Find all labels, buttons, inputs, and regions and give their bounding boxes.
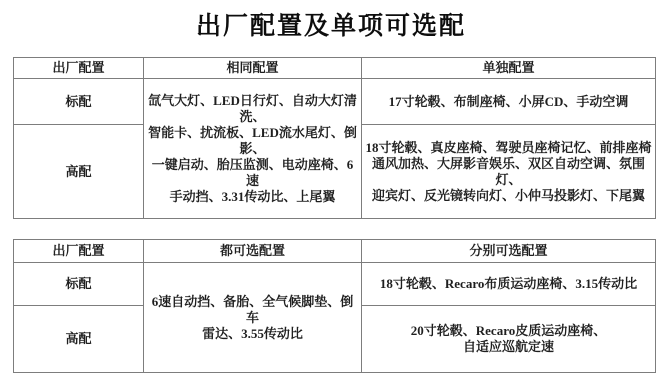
table2-standard-individual-cell: 18寸轮毂、Recaro布质运动座椅、3.15传动比 [362,263,656,306]
table2-standard-level-label: 标配 [14,263,144,306]
table1-standard-individual-cell: 17寸轮毂、布制座椅、小屏CD、手动空调 [362,79,656,125]
table1-header-shared-config: 相同配置 [144,58,362,79]
table2-high-individual-cell: 20寸轮毂、Recaro皮质运动座椅、 自适应巡航定速 [362,306,656,373]
table1-header-factory-config: 出厂配置 [14,58,144,79]
table2-header-row: 出厂配置 都可选配置 分别可选配置 [14,240,656,263]
optional-config-table-2: 出厂配置 都可选配置 分别可选配置 标配 6速自动挡、备胎、全气候脚垫、倒车 雷… [13,239,656,373]
table1-high-level-label: 高配 [14,125,144,219]
table2-standard-row: 标配 6速自动挡、备胎、全气候脚垫、倒车 雷达、3.55传动比 18寸轮毂、Re… [14,263,656,306]
page-title: 出厂配置及单项可选配 [0,6,662,42]
table2-header-factory-config: 出厂配置 [14,240,144,263]
table1-shared-config-cell: 氙气大灯、LED日行灯、自动大灯清洗、 智能卡、扰流板、LED流水尾灯、倒影、 … [144,79,362,219]
table1-high-individual-cell: 18寸轮毂、真皮座椅、驾驶员座椅记忆、前排座椅 通风加热、大屏影音娱乐、双区自动… [362,125,656,219]
table2-high-level-label: 高配 [14,306,144,373]
table1-standard-row: 标配 氙气大灯、LED日行灯、自动大灯清洗、 智能卡、扰流板、LED流水尾灯、倒… [14,79,656,125]
table1-header-individual-config: 单独配置 [362,58,656,79]
document-page: 出厂配置及单项可选配 出厂配置 相同配置 单独配置 标配 氙气大灯、LED日行灯… [0,0,662,381]
table1-standard-level-label: 标配 [14,79,144,125]
table2-shared-config-cell: 6速自动挡、备胎、全气候脚垫、倒车 雷达、3.55传动比 [144,263,362,373]
table2-header-both-optional-config: 都可选配置 [144,240,362,263]
table2-header-separate-optional-config: 分别可选配置 [362,240,656,263]
factory-config-table-1: 出厂配置 相同配置 单独配置 标配 氙气大灯、LED日行灯、自动大灯清洗、 智能… [13,57,656,219]
table1-header-row: 出厂配置 相同配置 单独配置 [14,58,656,79]
